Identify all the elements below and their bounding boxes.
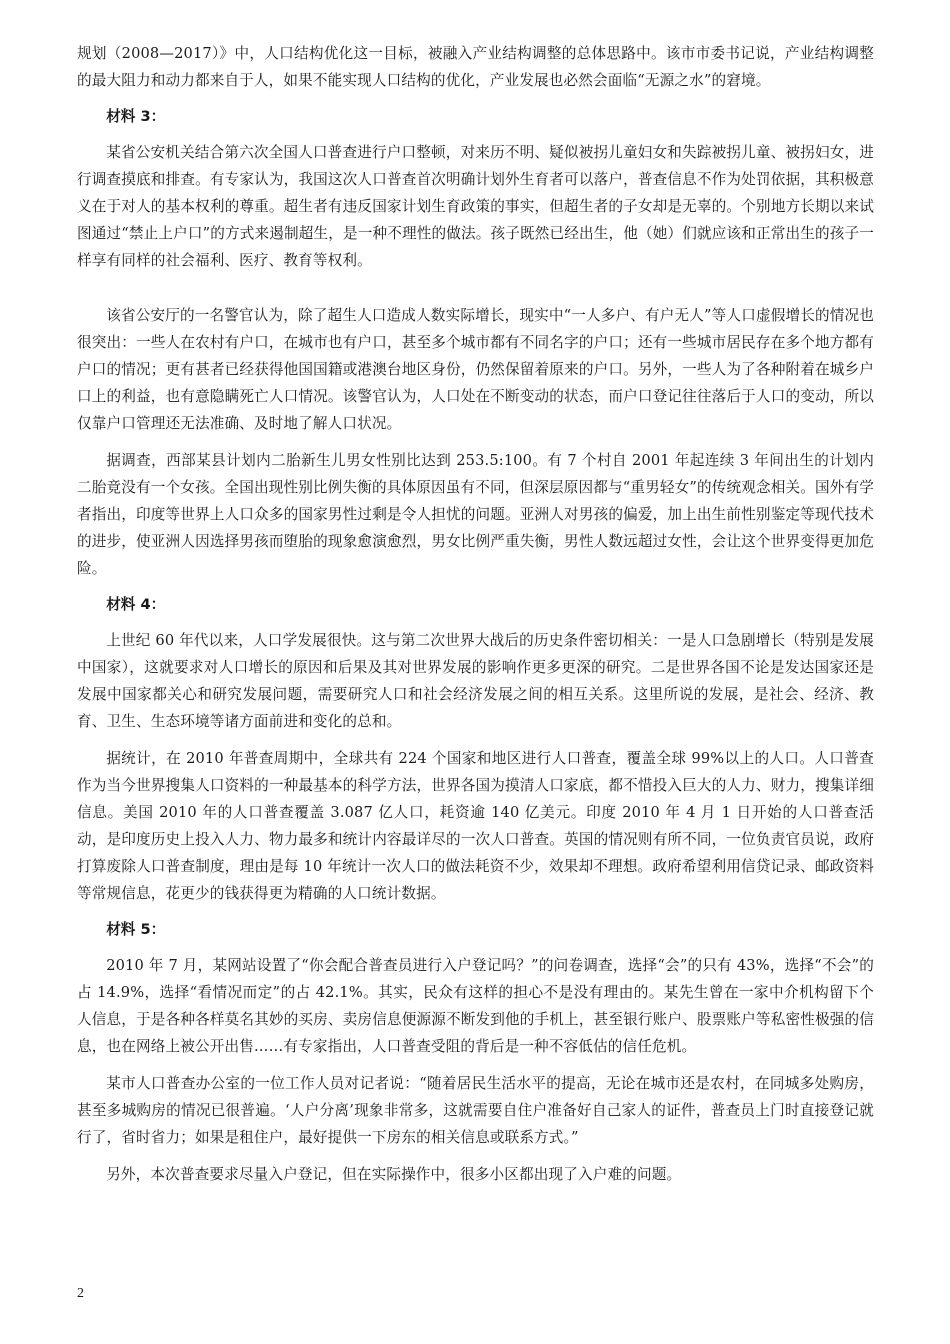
page-number: 2: [77, 1284, 84, 1304]
material-5-paragraph-3: 另外，本次普查要求尽量入户登记，但在实际操作中，很多小区都出现了入户难的问题。: [77, 1161, 874, 1188]
material-3-paragraph-3: 据调查，西部某县计划内二胎新生儿男女性别比达到 253.5:100。有 7 个村…: [77, 447, 874, 582]
spacer: [77, 274, 874, 302]
spacer: [77, 437, 874, 447]
spacer: [77, 130, 874, 139]
spacer: [77, 1060, 874, 1070]
spacer: [77, 735, 874, 745]
material-3-paragraph-2: 该省公安厅的一名警官认为，除了超生人口造成人数实际增长，现实中“一人多户、有户无…: [77, 302, 874, 437]
spacer: [77, 582, 874, 591]
material-3-paragraph-1: 某省公安机关结合第六次全国人口普查进行户口整顿，对来历不明、疑似被拐儿童妇女和失…: [77, 139, 874, 274]
spacer: [77, 907, 874, 916]
material-5-paragraph-2: 某市人口普查办公室的一位工作人员对记者说：“随着居民生活水平的提高，无论在城市还…: [77, 1070, 874, 1151]
continuation-paragraph: 规划（2008—2017）》中，人口结构优化这一目标，被融入产业结构调整的总体思…: [77, 40, 874, 94]
section-heading-material-5: 材料 5：: [77, 916, 874, 943]
spacer: [77, 943, 874, 952]
material-5-paragraph-1: 2010 年 7 月，某网站设置了“你会配合普查员进行入户登记吗？”的问卷调查，…: [77, 952, 874, 1060]
section-heading-material-4: 材料 4：: [77, 591, 874, 618]
document-page: 规划（2008—2017）》中，人口结构优化这一目标，被融入产业结构调整的总体思…: [77, 40, 874, 1188]
spacer: [77, 1151, 874, 1161]
spacer: [77, 94, 874, 103]
material-4-paragraph-2: 据统计，在 2010 年普查周期中，全球共有 224 个国家和地区进行人口普查，…: [77, 745, 874, 907]
spacer: [77, 618, 874, 627]
material-4-paragraph-1: 上世纪 60 年代以来，人口学发展很快。这与第二次世界大战后的历史条件密切相关：…: [77, 627, 874, 735]
section-heading-material-3: 材料 3：: [77, 103, 874, 130]
